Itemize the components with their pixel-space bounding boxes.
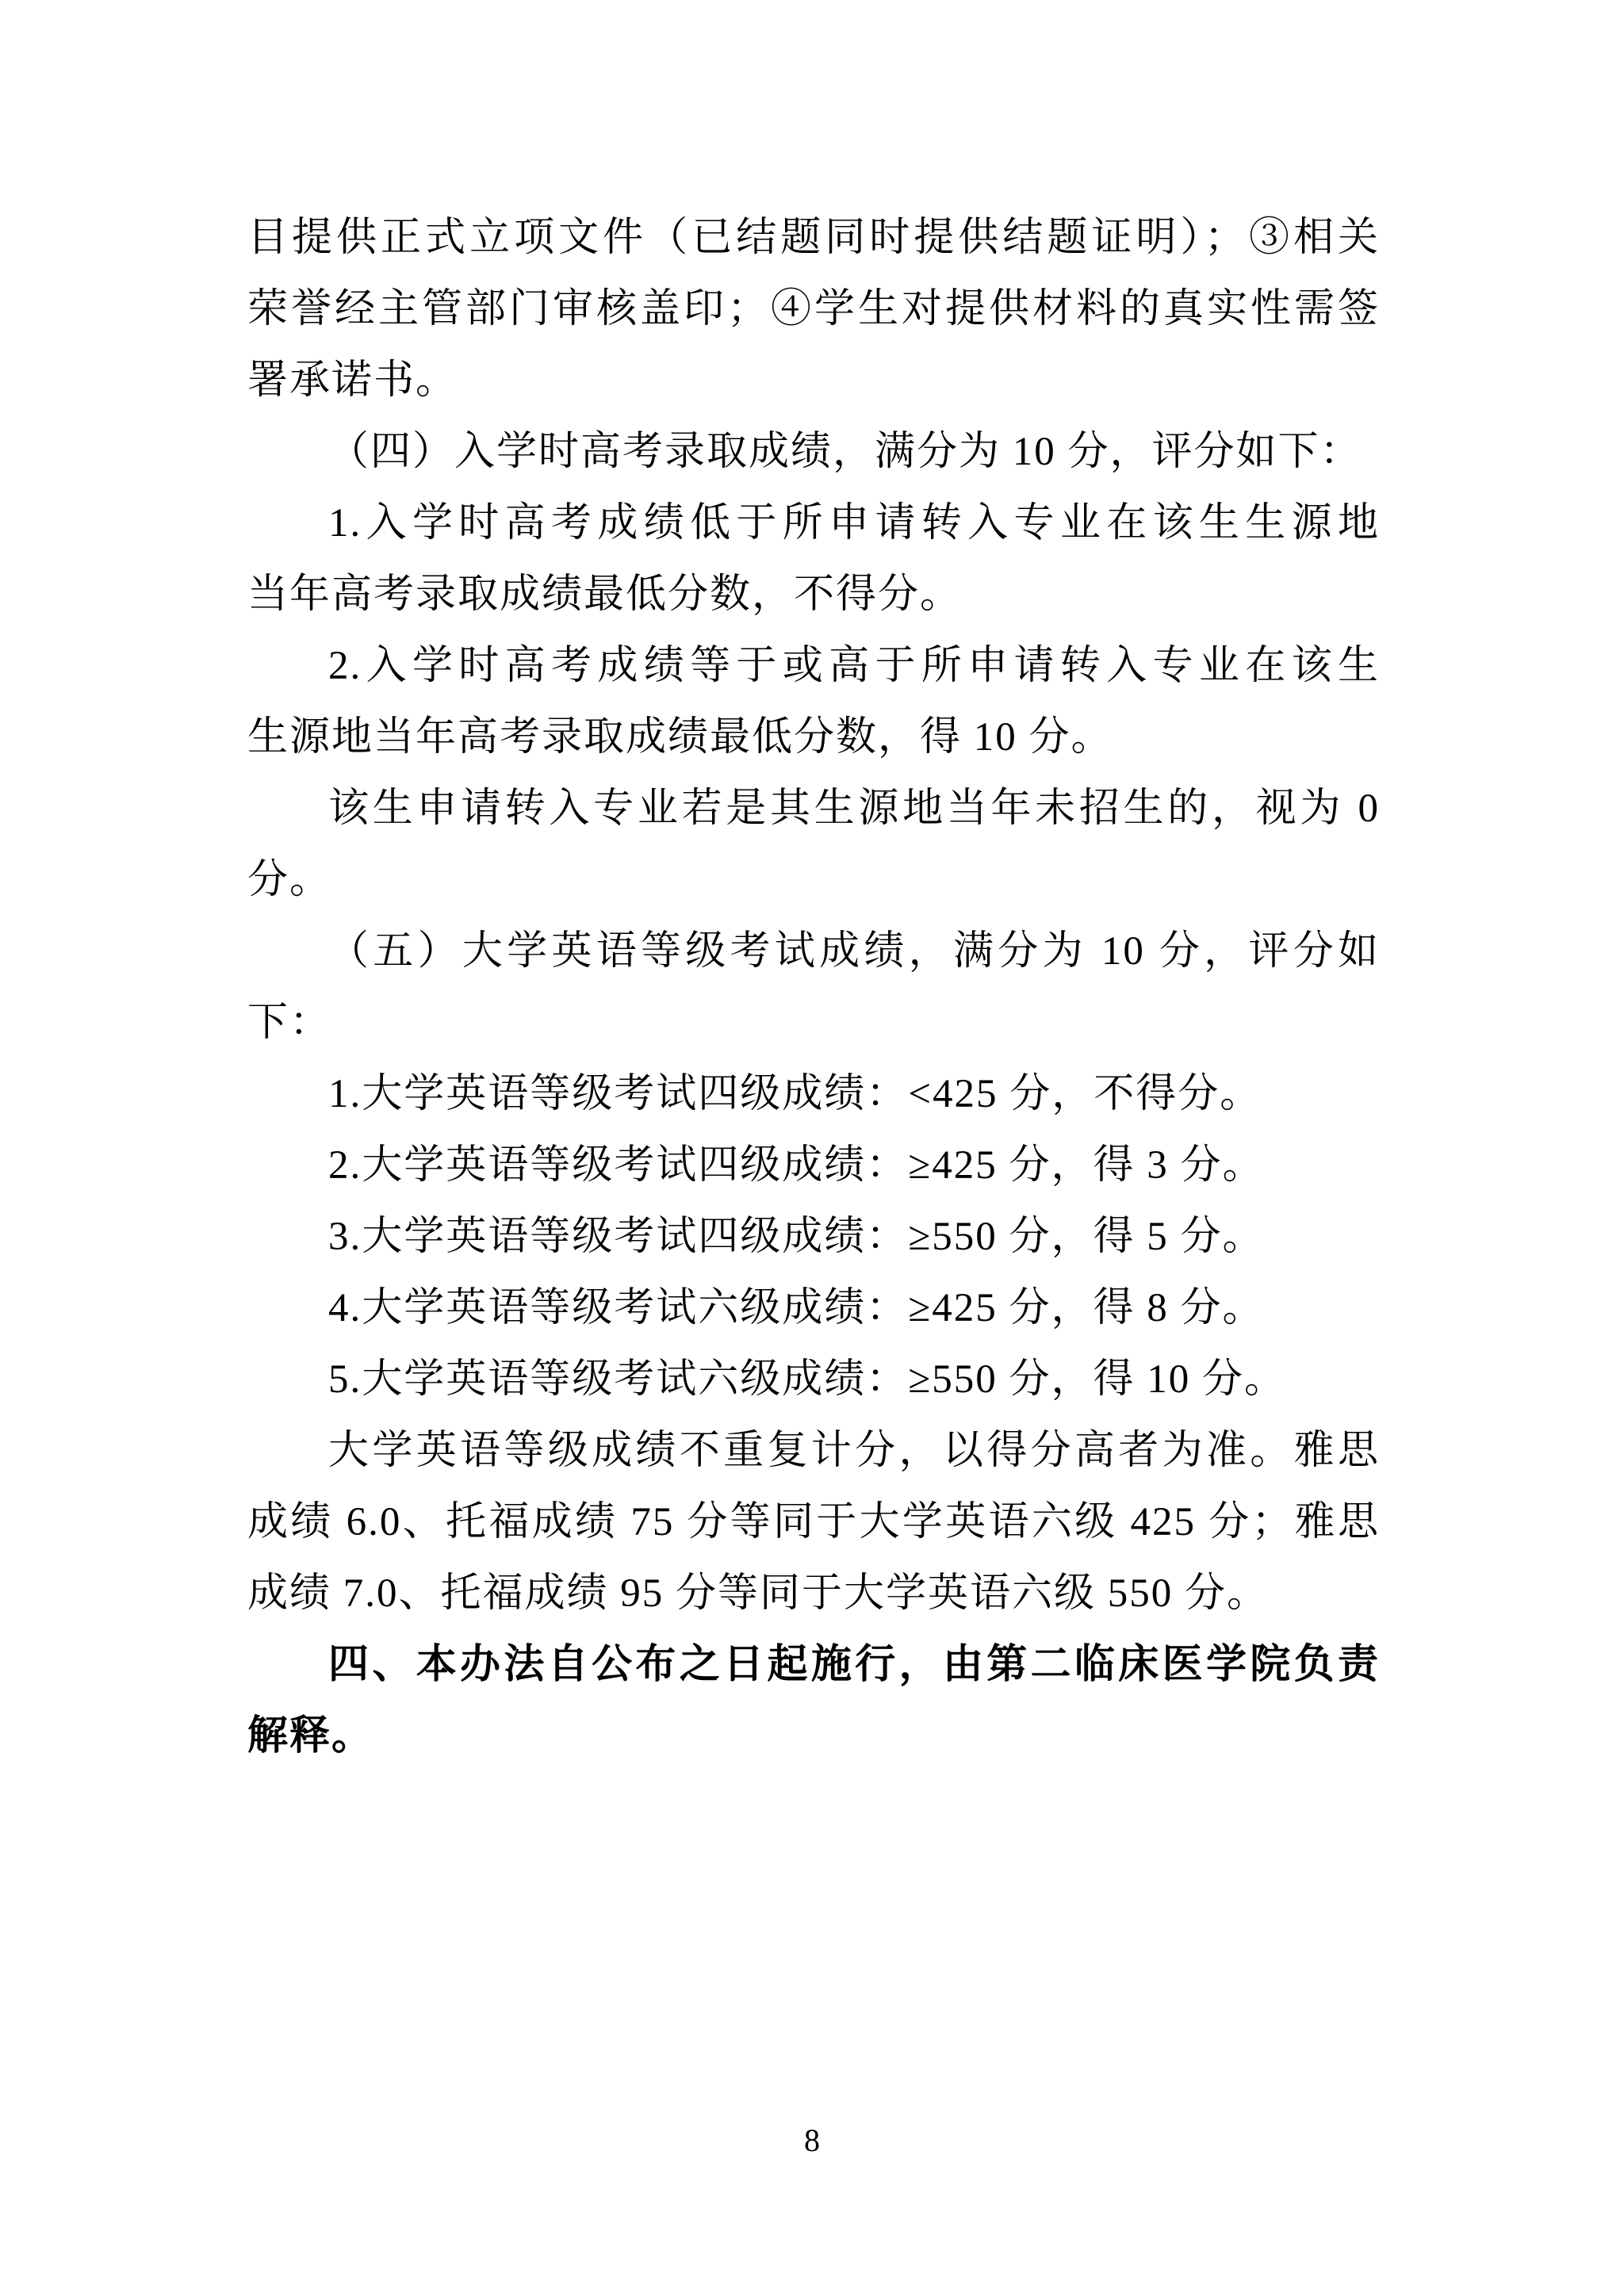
paragraph-section-4-heading: （四）入学时高考录取成绩，满分为 10 分，评分如下： [247,416,1380,488]
paragraph-gaokao-rule-2: 2.入学时高考成绩等于或高于所申请转入专业在该生 生源地当年高考录取成绩最低分数… [247,630,1380,773]
text-line: 4.大学英语等级考试六级成绩：≥425 分，得 8 分。 [247,1272,1380,1344]
text-line: 3.大学英语等级考试四级成绩：≥550 分，得 5 分。 [247,1201,1380,1272]
text-line: （五）大学英语等级考试成绩，满分为 10 分，评分如 [247,916,1380,987]
text-line: 该生申请转入专业若是其生源地当年未招生的，视为 0 [247,773,1380,844]
paragraph-cet-rule-1: 1.大学英语等级考试四级成绩：<425 分，不得分。 [247,1058,1380,1130]
text-line: 生源地当年高考录取成绩最低分数，得 10 分。 [247,702,1380,773]
page-number: 8 [804,2122,820,2158]
text-line: 5.大学英语等级考试六级成绩：≥550 分，得 10 分。 [247,1344,1380,1415]
page-footer: 8 [0,2123,1624,2158]
paragraph-cet-rule-4: 4.大学英语等级考试六级成绩：≥425 分，得 8 分。 [247,1272,1380,1344]
text-line: 1.入学时高考成绩低于所申请转入专业在该生生源地 [247,488,1380,559]
paragraph-cet-rule-3: 3.大学英语等级考试四级成绩：≥550 分，得 5 分。 [247,1201,1380,1272]
text-line: 下： [247,987,1380,1058]
paragraph-cet-note: 大学英语等级成绩不重复计分，以得分高者为准。雅思 成绩 6.0、托福成绩 75 … [247,1415,1380,1629]
text-line: 四、本办法自公布之日起施行，由第二临床医学院负责 [247,1629,1380,1701]
document-body: 目提供正式立项文件（已结题同时提供结题证明）；③相关 荣誉经主管部门审核盖印；④… [247,202,1380,1772]
text-line: 大学英语等级成绩不重复计分，以得分高者为准。雅思 [247,1415,1380,1487]
text-line: 2.入学时高考成绩等于或高于所申请转入专业在该生 [247,630,1380,702]
text-line: 成绩 7.0、托福成绩 95 分等同于大学英语六级 550 分。 [247,1558,1380,1629]
text-line: 目提供正式立项文件（已结题同时提供结题证明）；③相关 [247,202,1380,274]
paragraph-cet-rule-5: 5.大学英语等级考试六级成绩：≥550 分，得 10 分。 [247,1344,1380,1415]
text-line: 成绩 6.0、托福成绩 75 分等同于大学英语六级 425 分；雅思 [247,1487,1380,1558]
text-line: （四）入学时高考录取成绩，满分为 10 分，评分如下： [247,416,1380,488]
text-line: 1.大学英语等级考试四级成绩：<425 分，不得分。 [247,1058,1380,1130]
text-line: 署承诺书。 [247,345,1380,416]
paragraph-gaokao-rule-1: 1.入学时高考成绩低于所申请转入专业在该生生源地 当年高考录取成绩最低分数，不得… [247,488,1380,630]
text-line: 分。 [247,844,1380,916]
document-page: 目提供正式立项文件（已结题同时提供结题证明）；③相关 荣誉经主管部门审核盖印；④… [0,0,1624,2296]
paragraph-gaokao-note: 该生申请转入专业若是其生源地当年未招生的，视为 0 分。 [247,773,1380,916]
paragraph-section-5-heading: （五）大学英语等级考试成绩，满分为 10 分，评分如 下： [247,916,1380,1058]
paragraph-closing-statement: 四、本办法自公布之日起施行，由第二临床医学院负责 解释。 [247,1629,1380,1772]
text-line: 荣誉经主管部门审核盖印；④学生对提供材料的真实性需签 [247,274,1380,345]
paragraph-cet-rule-2: 2.大学英语等级考试四级成绩：≥425 分，得 3 分。 [247,1130,1380,1201]
paragraph-continuation: 目提供正式立项文件（已结题同时提供结题证明）；③相关 荣誉经主管部门审核盖印；④… [247,202,1380,416]
text-line: 解释。 [247,1701,1380,1772]
text-line: 当年高考录取成绩最低分数，不得分。 [247,559,1380,630]
text-line: 2.大学英语等级考试四级成绩：≥425 分，得 3 分。 [247,1130,1380,1201]
